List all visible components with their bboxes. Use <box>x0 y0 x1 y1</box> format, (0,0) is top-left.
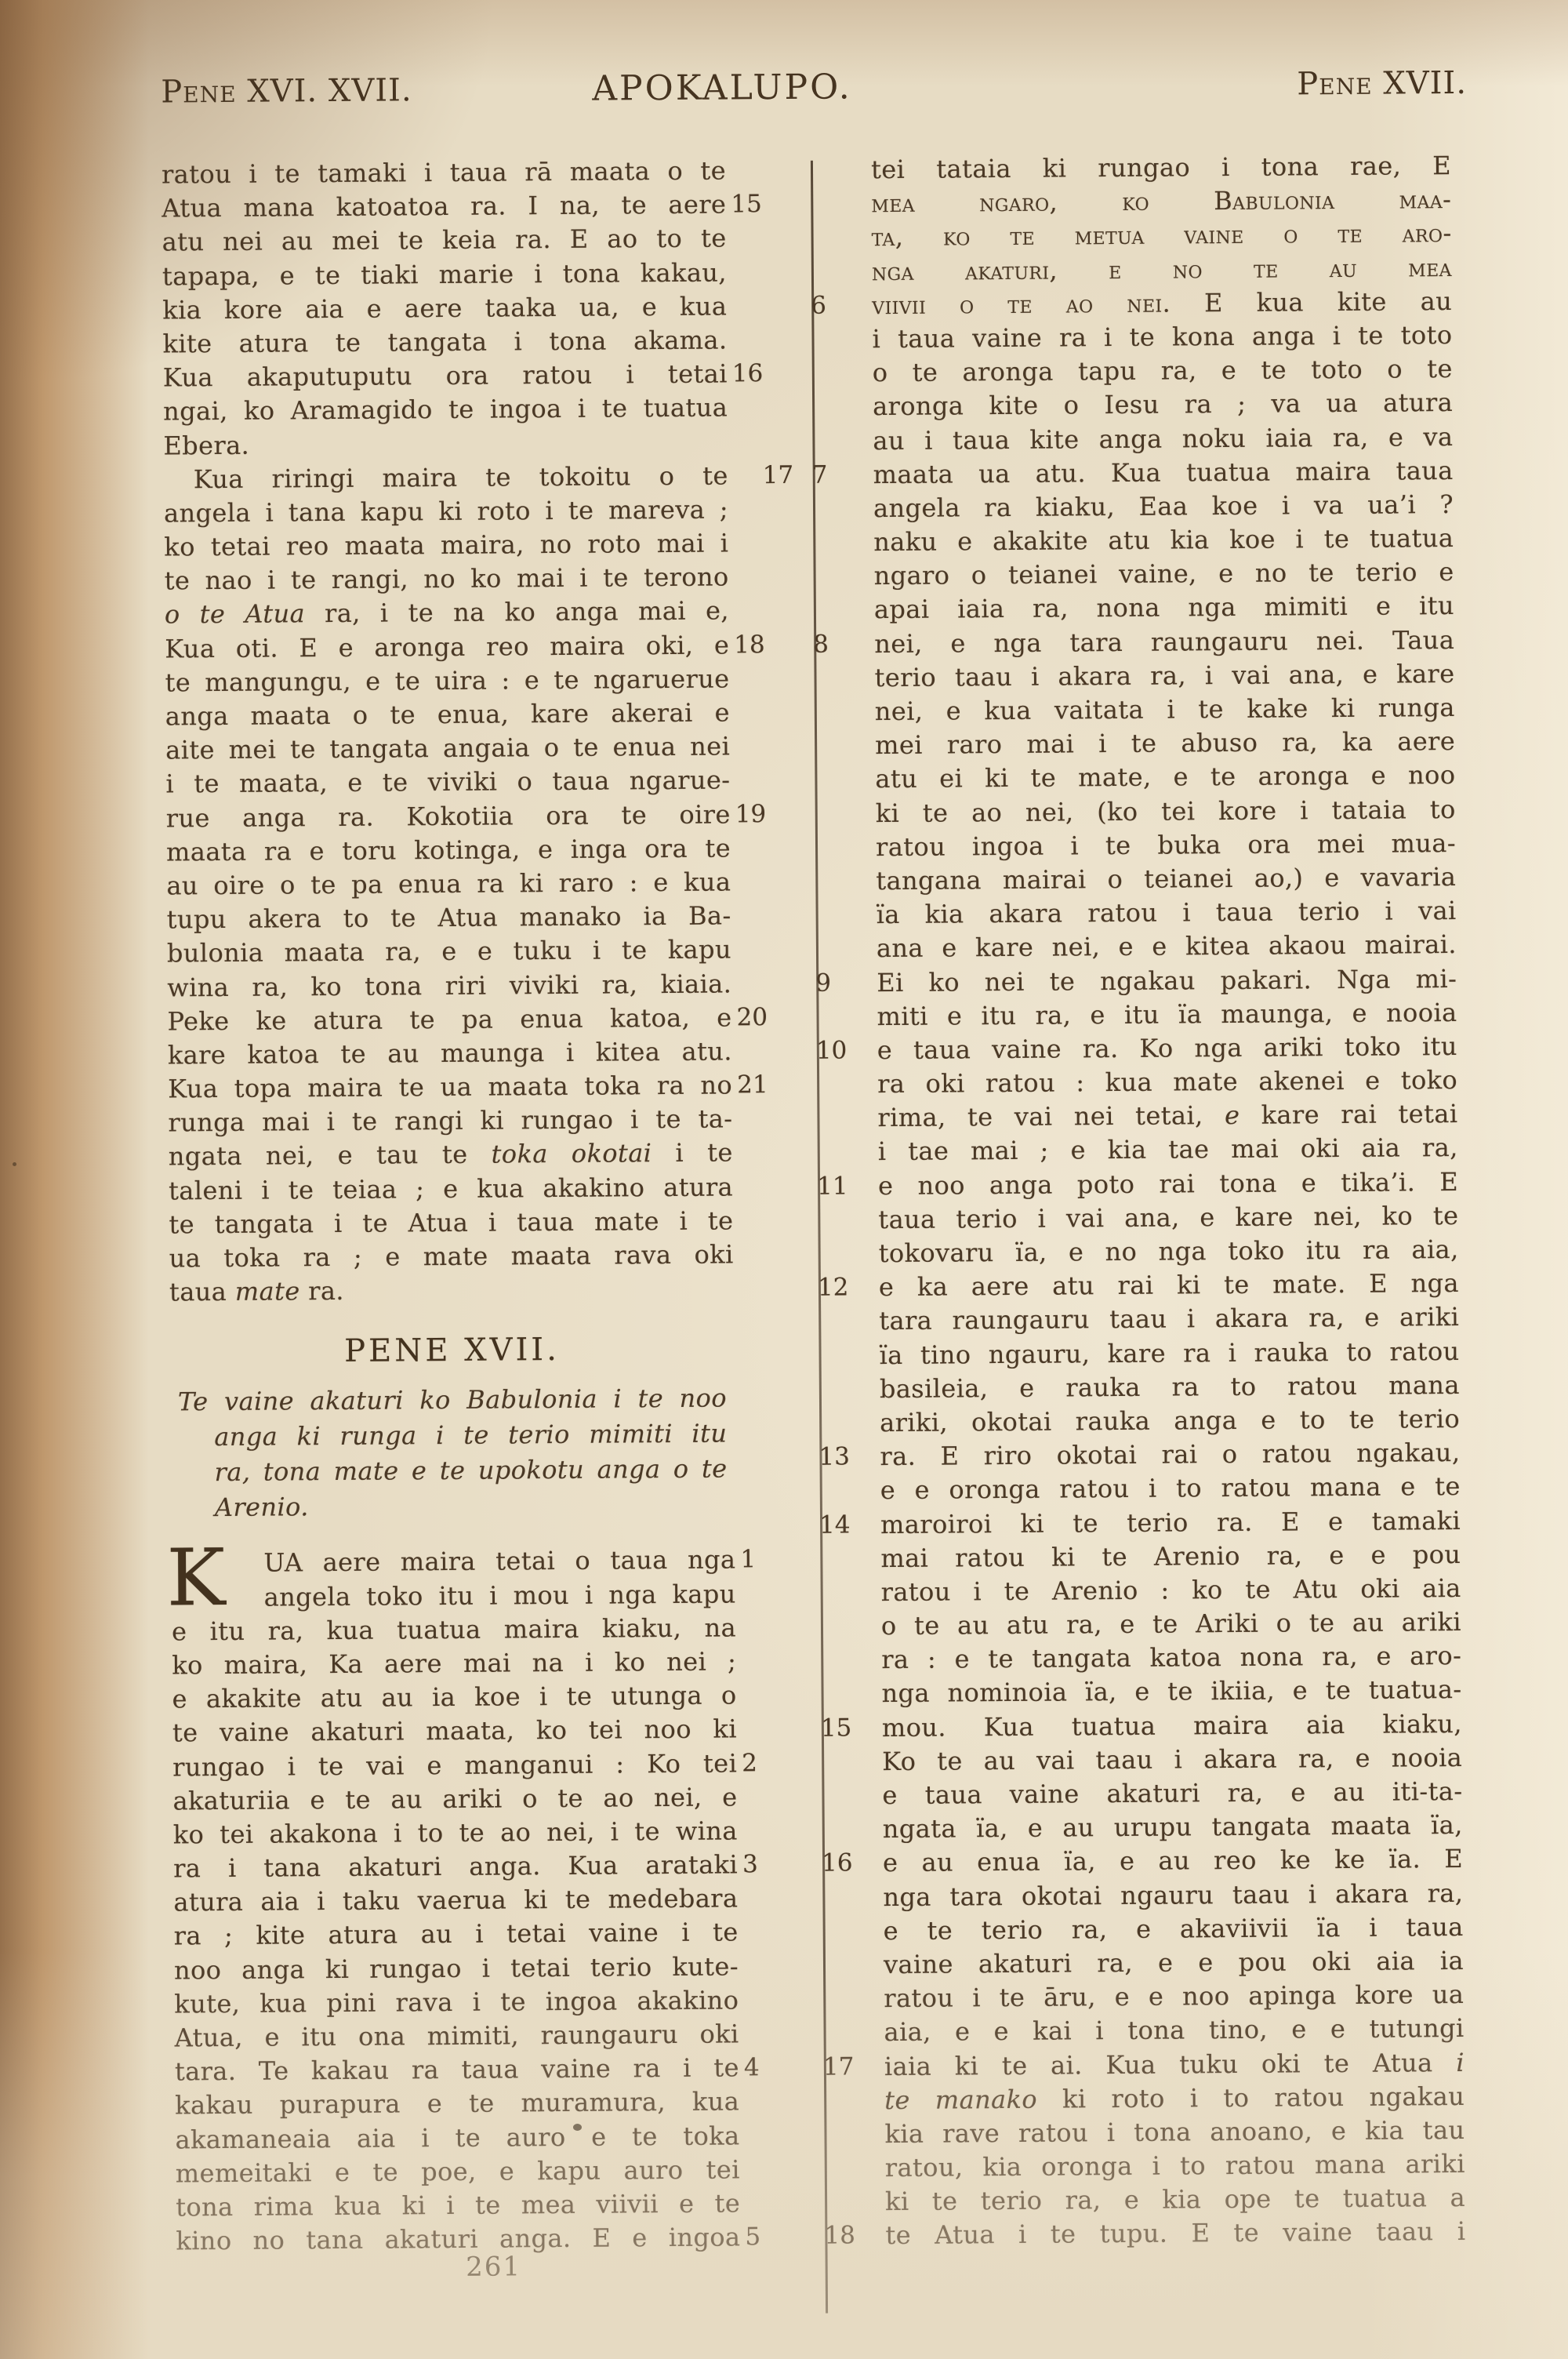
text-line: miti e itu ra, e itu ïa maunga, e nooia <box>877 996 1457 1034</box>
text-line: Atua, e itu ona mimiti, raungauru oki <box>174 2017 739 2055</box>
text-line: te vaine akaturi maata, ko tei noo ki <box>172 1713 737 1750</box>
verse-number: 16 <box>822 1847 870 1881</box>
text-line: au i taua kite anga noku iaia ra, e va <box>873 420 1453 458</box>
text-line: e akakite atu au ia koe i te utunga o <box>172 1679 736 1717</box>
line-text: mea ngaro, ko Babulonia maa- <box>871 184 1451 218</box>
line-text: nei, e kua vaitata i te kake ki runga <box>875 692 1455 726</box>
line-text: te Atua i te tupu. E te vaine taau i <box>885 2216 1465 2250</box>
text-line: e taua vaine akaturi ra, e au iti-ta- <box>882 1775 1462 1812</box>
line-text: basileia, e rauka ra to ratou mana <box>880 1370 1460 1404</box>
line-text: Kua akaputuputu ora ratou i tetai <box>163 359 728 393</box>
line-text: e ka aere atu rai ki te mate. E nga <box>879 1268 1459 1302</box>
line-text: ngata ïa, e au urupu tangata maata ïa, <box>883 1810 1463 1844</box>
ink-speck <box>573 2124 582 2131</box>
text-line: apai iaia ra, nona nga mimiti e itu <box>874 589 1454 627</box>
verse-number: 1 <box>740 1543 787 1577</box>
line-text: i te maata, e te viviki o taua ngarue- <box>165 765 730 799</box>
line-text: Ebera. <box>163 430 249 460</box>
text-line: e e oronga ratou i to ratou mana e te <box>880 1470 1461 1507</box>
line-text: ko maira, Ka aere mai na i ko nei ; <box>172 1646 736 1680</box>
text-line: runga mai i te rangi ki rungao i te ta- <box>168 1103 732 1140</box>
text-line: tei tataia ki rungao i tona rae, E <box>871 149 1451 187</box>
text-line: Ebera. <box>163 425 728 463</box>
ink-speck <box>13 1162 16 1166</box>
line-text: e itu ra, kua tuatua maira kiaku, na <box>172 1612 736 1646</box>
text-line: mei raro mai i te abuso ra, ka aere <box>875 725 1455 762</box>
line-text: angela toko itu i mou i nga kapu <box>264 1579 736 1612</box>
text-line: e noo anga poto rai tona e tika’i. E11 <box>878 1165 1458 1203</box>
line-text: UA aere maira tetai o taua nga <box>263 1545 735 1578</box>
text-line: angela ra kiaku, Eaa koe i va ua’i ? <box>873 488 1454 525</box>
line-text: Kua oti. E e aronga reo maira oki, e <box>165 630 729 663</box>
text-line: iaia ki te ai. Kua tuku oki te Atua i17 <box>884 2045 1465 2083</box>
verse-number: 20 <box>736 1001 783 1035</box>
line-text: tara. Te kakau ra taua vaine ra i te <box>175 2053 739 2087</box>
verse-number: 4 <box>744 2051 791 2085</box>
line-text: runga mai i te rangi ki rungao i te ta- <box>168 1104 732 1138</box>
line-text: ratou, kia oronga i to ratou mana ariki <box>885 2149 1465 2183</box>
line-text: nga akaturi, e no te au mea <box>872 253 1452 286</box>
text-line: o te aronga tapu ra, e te toto o te <box>873 352 1453 390</box>
verse-number: 17 <box>823 2050 872 2085</box>
text-line: maata ra e toru kotinga, e inga ora te <box>166 831 731 869</box>
text-line: ko maira, Ka aere mai na i ko nei ; <box>172 1645 736 1682</box>
text-line: bulonia maata ra, e e tuku i te kapu <box>167 933 731 971</box>
text-line: taua mate ra. <box>169 1272 734 1310</box>
line-text: e taua vaine ra. Ko nga ariki toko itu <box>877 1031 1457 1065</box>
line-text: ra oki ratou : kua mate akenei e toko <box>877 1065 1457 1099</box>
line-text: kite atura te tangata i tona akama. <box>162 325 727 358</box>
line-text: angela i tana kapu ki roto i te mareva ; <box>164 494 728 528</box>
text-line: ko tetai reo maata maira, no roto mai i <box>164 527 728 565</box>
line-text: ratou i te tamaki i taua rā maata o te <box>162 155 726 189</box>
text-line: taua terio i vai ana, e kare nei, ko te <box>878 1199 1458 1237</box>
line-text: akaturiia e te au ariki o te ao nei, e <box>172 1782 737 1816</box>
text-line: ra : e te tangata katoa nona ra, e aro- <box>881 1639 1461 1677</box>
text-line: atu ei ki te mate, e te aronga e noo <box>875 758 1455 796</box>
line-text: e noo anga poto rai tona e tika’i. E <box>878 1167 1458 1201</box>
text-line: mou. Kua tuatua maira aia kiaku,15 <box>882 1707 1462 1745</box>
line-text: memeitaki e te poe, e kapu auro tei <box>176 2154 740 2188</box>
text-line: o te Atua ra, i te na ko anga mai e, <box>165 594 729 632</box>
line-text: ratou i te āru, e e noo apinga kore ua <box>884 1979 1464 2013</box>
text-line: nga nominoia ïa, e te ikiia, e te tuatua… <box>881 1673 1461 1710</box>
text-line: Ko te au vai taau i akara ra, e nooia <box>882 1741 1462 1779</box>
line-text: atura aia i taku vaerua ki te medebara <box>173 1884 738 1917</box>
line-text: anga maata o te enua, kare akerai e <box>165 697 730 731</box>
line-text: te vaine akaturi maata, ko tei noo ki <box>172 1714 737 1748</box>
text-line: Ei ko nei te ngakau pakari. Nga mi-9 <box>877 962 1457 1000</box>
book-page: Pene XVI. XVII. APOKALUPO. Pene XVII. ra… <box>0 0 1568 2359</box>
line-text: mou. Kua tuatua maira aia kiaku, <box>882 1709 1462 1743</box>
running-head-right: Pene XVII. <box>1297 62 1532 104</box>
line-text: bulonia maata ra, e e tuku i te kapu <box>167 935 731 969</box>
page-number: 261 <box>451 2251 537 2283</box>
line-text: ratou i te Arenio : ko te Atu oki aia <box>881 1573 1461 1607</box>
line-text: ra. E riro okotai rai o ratou ngakau, <box>880 1438 1460 1471</box>
text-line: ïa kia akara ratou i taua terio i vai <box>876 894 1456 932</box>
text-line: te manako ki roto i to ratou ngakau <box>884 2080 1465 2117</box>
text-line: rima, te vai nei tetai, e kare rai tetai <box>877 1097 1457 1135</box>
text-line: angela i tana kapu ki roto i te mareva ; <box>164 493 728 530</box>
text-line: Arenio. <box>179 1487 728 1526</box>
line-text: ua toka ra ; e mate maata rava oki <box>169 1239 734 1273</box>
line-text: e au enua ïa, e au reo ke ke ïa. E <box>883 1844 1463 1877</box>
line-text: Peke ke atura te pa enua katoa, e <box>167 1002 731 1036</box>
verse-number: 13 <box>818 1440 867 1474</box>
text-line: ki te ao nei, (ko tei kore i tataia to <box>876 793 1456 831</box>
line-text: Te vaine akaturi ko Babulonia i te noo <box>178 1383 727 1417</box>
line-text: tupu akera to te Atua manako ia Ba- <box>167 901 731 935</box>
line-text: ratou ingoa i te buka ora mei mua- <box>876 828 1456 862</box>
line-text: maata ra e toru kotinga, e inga ora te <box>166 833 731 867</box>
text-line: basileia, e rauka ra to ratou mana <box>880 1369 1460 1406</box>
verse-number: 3 <box>742 1848 789 1882</box>
text-line: terio taau i akara ra, i vai ana, e kare <box>874 657 1454 695</box>
line-text: tokovaru ïa, e no nga toko itu ra aia, <box>879 1234 1459 1268</box>
text-line: aite mei te tangata angaia o te enua nei <box>165 730 730 768</box>
line-text: te nao i te rangi, no ko mai i te terono <box>165 562 729 596</box>
line-text: ariki, okotai rauka anga e to te terio <box>880 1404 1460 1438</box>
line-text: atu ei ki te mate, e te aronga e noo <box>875 760 1455 794</box>
line-text: tei tataia ki rungao i tona rae, E <box>871 151 1451 184</box>
line-text: kia rave ratou i tona anoano, e kia tau <box>884 2115 1465 2149</box>
text-line: aia, e e kai i tona tino, e e tutungi <box>884 2012 1464 2049</box>
text-line: i taua vaine ra i te kona anga i te toto <box>872 318 1452 356</box>
text-line: tupu akera to te Atua manako ia Ba- <box>167 900 731 937</box>
line-text: anga ki runga i te terio mimiti itu <box>214 1419 727 1452</box>
text-line: Atua mana katoatoa ra. I na, te aere15 <box>162 188 726 226</box>
text-line: i te maata, e te viviki o taua ngarue- <box>165 764 730 801</box>
text-line: tapapa, e te tiaki marie i tona kakau, <box>162 256 727 293</box>
text-line: maata ua atu. Kua tuatua maira taua7 <box>873 454 1454 492</box>
line-text: iaia ki te ai. Kua tuku oki te Atua i <box>884 2047 1465 2081</box>
text-line: naku e akakite atu kia koe i te tuatua <box>873 522 1454 559</box>
text-line: kare katoa te au maunga i kitea atu. <box>168 1034 732 1072</box>
text-line: nei, e nga tara raungauru nei. Taua8 <box>874 623 1454 661</box>
text-line: kakau purapura e te muramura, kua <box>175 2085 739 2123</box>
verse-number: 18 <box>734 628 781 663</box>
verse-number: 8 <box>813 627 862 662</box>
text-line: ngai, ko Aramagido te ingoa i te tuatua <box>163 391 728 429</box>
verse-number: 11 <box>817 1169 866 1204</box>
right-column: tei tataia ki rungao i tona rae, Emea ng… <box>871 149 1466 2253</box>
text-line: ra i tana akaturi anga. Kua arataki3 <box>173 1848 738 1885</box>
line-text: te manako ki roto i to ratou ngakau <box>884 2081 1465 2115</box>
text-line: Te vaine akaturi ko Babulonia i te noo <box>178 1381 727 1420</box>
verse-number: 16 <box>732 357 779 391</box>
text-line: Kua akaputuputu ora ratou i tetai16 <box>163 358 728 395</box>
text-line: Kua oti. E e aronga reo maira oki, e18 <box>165 628 729 666</box>
verse-number: 2 <box>742 1746 789 1780</box>
line-text: ra : e te tangata katoa nona ra, e aro- <box>881 1641 1461 1674</box>
line-text: i tae mai ; e kia tae mai oki aia ra, <box>878 1132 1458 1166</box>
line-text: mei raro mai i te abuso ra, ka aere <box>875 726 1455 760</box>
scanned-text-block: Pene XVI. XVII. APOKALUPO. Pene XVII. ra… <box>0 0 1568 2359</box>
line-text: miti e itu ra, e itu ïa maunga, e nooia <box>877 998 1457 1031</box>
text-line: atura aia i taku vaerua ki te medebara <box>173 1882 738 1920</box>
text-line: ngata ïa, e au urupu tangata maata ïa, <box>883 1808 1463 1846</box>
line-text: terio taau i akara ra, i vai ana, e kare <box>874 659 1454 692</box>
text-line: tara raungauru taau i akara ra, e ariki <box>879 1300 1459 1338</box>
line-text: kare katoa te au maunga i kitea atu. <box>168 1036 732 1070</box>
text-line: ariki, okotai rauka anga e to te terio <box>880 1402 1460 1440</box>
line-text: kute, kua pini rava i te ingoa akakino <box>174 1985 739 2019</box>
line-text: Atua, e itu ona mimiti, raungauru oki <box>174 2019 739 2052</box>
text-line: o te au atu ra, e te Ariki o te au ariki <box>881 1605 1461 1643</box>
line-text: naku e akakite atu kia koe i te tuatua <box>873 523 1454 557</box>
line-text: aronga kite o Iesu ra ; va ua atura <box>873 387 1453 421</box>
text-line: tangana mairai o teianei ao,) e vavaria <box>876 860 1456 898</box>
verse-number: 19 <box>735 798 782 832</box>
chapter16-verse-lines: ratou i te tamaki i taua rā maata o teAt… <box>162 154 734 1309</box>
text-line: ratou i te āru, e e noo apinga kore ua <box>884 1978 1464 2016</box>
line-text: ki te terio ra, e kia ope te tuatua a <box>885 2183 1465 2216</box>
line-text: atu nei au mei te keia ra. E ao to te <box>162 224 727 257</box>
text-line: ua toka ra ; e mate maata rava oki <box>169 1238 734 1275</box>
text-line: wina ra, ko tona riri viviki ra, kiaia. <box>167 967 731 1005</box>
text-line: ko tei akakona i to te ao nei, i te wina <box>173 1814 738 1852</box>
line-text: e akakite atu au ia koe i te utunga o <box>172 1681 736 1714</box>
text-line: noo anga ki rungao i tetai terio kute- <box>174 1950 739 1987</box>
line-text: tangana mairai o teianei ao,) e vavaria <box>876 862 1456 896</box>
text-line: tara. Te kakau ra taua vaine ra i te4 <box>175 2052 739 2089</box>
text-line: akaturiia e te au ariki o te ao nei, e <box>172 1780 737 1818</box>
line-text: angela ra kiaku, Eaa koe i va ua’i ? <box>873 489 1454 523</box>
verse-number: 9 <box>815 966 864 1001</box>
line-text: au i taua kite anga noku iaia ra, e va <box>873 422 1453 456</box>
verse-number: 7 <box>812 458 861 493</box>
line-text: e taua vaine akaturi ra, e au iti-ta- <box>882 1776 1462 1810</box>
line-text: kia kore aia e aere taaka ua, e kua <box>162 291 727 325</box>
verse-number: 12 <box>818 1270 866 1305</box>
line-text: ra i tana akaturi anga. Kua arataki <box>173 1849 738 1883</box>
text-line: ra, tona mate e te upokotu anga o te <box>178 1452 727 1491</box>
text-line: ngata nei, e tau te toka okotai i te <box>169 1136 733 1174</box>
text-line: ratou i te tamaki i taua rā maata o te <box>162 154 726 191</box>
text-line: tokovaru ïa, e no nga toko itu ra aia, <box>879 1233 1459 1270</box>
line-text: maroiroi ki te terio ra. E e tamaki <box>880 1505 1461 1539</box>
text-line: te tangata i te Atua i taua mate i te <box>169 1204 733 1241</box>
verse-number: 6 <box>811 289 859 323</box>
line-text: au oire o te pa enua ra ki raro : e kua <box>166 867 731 900</box>
line-text: Kua topa maira te ua maata toka ra no <box>168 1070 732 1104</box>
line-text: ïa kia akara ratou i taua terio i vai <box>877 896 1457 929</box>
text-line: ana e kare nei, e e kitea akaou mairai. <box>877 928 1457 965</box>
line-text: Arenio. <box>215 1492 309 1523</box>
line-text: taua terio i vai ana, e kare nei, ko te <box>878 1201 1458 1234</box>
text-line: maroiroi ki te terio ra. E e tamaki14 <box>880 1503 1461 1541</box>
verse-number: 10 <box>816 1034 865 1068</box>
text-line: UA aere maira tetai o taua nga1 <box>171 1543 735 1581</box>
line-text: Atua mana katoatoa ra. I na, te aere <box>162 190 726 224</box>
line-text: ta, ko te metua vaine o te aro- <box>871 218 1451 252</box>
text-line: vaine akaturi ra, e e pou oki aia ia <box>884 1944 1464 1982</box>
text-line: ra. E riro okotai rai o ratou ngakau,13 <box>880 1436 1460 1474</box>
line-text: Ei ko nei te ngakau pakari. Nga mi- <box>877 964 1457 998</box>
text-line: kute, kua pini rava i te ingoa akakino <box>174 1983 739 2021</box>
text-line: ïa tino ngauru, kare ra i rauka to ratou <box>879 1335 1459 1372</box>
text-line: aronga kite o Iesu ra ; va ua atura <box>873 386 1453 423</box>
text-line: e au enua ïa, e au reo ke ke ïa. E16 <box>883 1842 1463 1880</box>
text-line: e taua vaine ra. Ko nga ariki toko itu10 <box>877 1030 1457 1067</box>
right-verse-lines: tei tataia ki rungao i tona rae, Emea ng… <box>871 149 1466 2253</box>
line-text: rima, te vai nei tetai, e kare rai tetai <box>877 1099 1457 1132</box>
line-text: te mangungu, e te uira : e te ngaruerue <box>165 663 729 697</box>
line-text: i taua vaine ra i te kona anga i te toto <box>872 320 1452 354</box>
text-line: mea ngaro, ko Babulonia maa- <box>871 183 1451 220</box>
chapter-heading: PENE XVII. <box>169 1326 734 1376</box>
line-text: e te terio ra, e akaviivii ïa i taua <box>884 1912 1464 1946</box>
line-text: vaine akaturi ra, e e pou oki aia ia <box>884 1946 1464 1979</box>
line-text: kakau purapura e te muramura, kua <box>175 2087 739 2121</box>
line-text: ana e kare nei, e e kitea akaou mairai. <box>877 929 1457 963</box>
text-line: rungao i te vai e manganui : Ko tei2 <box>172 1747 737 1784</box>
verse-number: 17 <box>733 459 780 493</box>
line-text: ko tetai reo maata maira, no roto mai i <box>164 529 728 562</box>
line-text: viivii o te ao nei. E kua kite au <box>872 286 1452 320</box>
text-line: nga akaturi, e no te au mea <box>872 251 1452 289</box>
text-line: kia rave ratou i tona anoano, e kia tau <box>884 2114 1465 2151</box>
line-text: ngai, ko Aramagido te ingoa i te tuatua <box>163 393 728 427</box>
line-text: ra ; kite atura au i tetai vaine i te <box>174 1917 739 1951</box>
line-text: apai iaia ra, nona nga mimiti e itu <box>874 591 1454 624</box>
line-text: ngata nei, e tau te toka okotai i te <box>169 1138 733 1172</box>
text-line: e itu ra, kua tuatua maira kiaku, na <box>172 1611 736 1648</box>
line-text: o te aronga tapu ra, e te toto o te <box>873 354 1453 387</box>
text-line: ki te terio ra, e kia ope te tuatua a <box>885 2181 1465 2219</box>
text-line: ratou, kia oronga i to ratou mana ariki <box>885 2147 1465 2185</box>
line-text: tona rima kua ki i te mea viivii e te <box>176 2188 740 2222</box>
line-text: tapapa, e te tiaki marie i tona kakau, <box>162 257 727 291</box>
line-text: ra, tona mate e te upokotu anga o te <box>214 1454 727 1488</box>
text-line: akamaneaia aia i te auro e te toka <box>175 2119 739 2157</box>
line-text: Ko te au vai taau i akara ra, e nooia <box>882 1743 1462 1776</box>
text-line: Peke ke atura te pa enua katoa, e20 <box>167 1001 731 1038</box>
line-text: ki te ao nei, (ko tei kore i tataia to <box>876 794 1456 828</box>
text-line: ratou ingoa i te buka ora mei mua- <box>876 827 1456 864</box>
text-line: ra ; kite atura au i tetai vaine i te <box>174 1916 739 1954</box>
text-line: kia kore aia e aere taaka ua, e kua <box>162 289 727 327</box>
line-text: akamaneaia aia i te auro e te toka <box>175 2121 739 2154</box>
text-line: nei, e kua vaitata i te kake ki runga <box>875 691 1455 729</box>
line-text: mai ratou ki te Arenio ra, e e pou <box>880 1539 1461 1573</box>
text-line: nga tara okotai ngauru taau i akara ra, <box>883 1877 1463 1914</box>
text-line: Kua riringi maira te tokoitu o te17 <box>164 459 728 496</box>
text-line: rue anga ra. Kokotiia ora te oire19 <box>166 798 731 835</box>
text-line: au oire o te pa enua ra ki raro : e kua <box>166 865 731 903</box>
line-text: Kua riringi maira te tokoitu o te <box>194 460 728 494</box>
text-line: ta, ko te metua vaine o te aro- <box>871 216 1451 254</box>
text-line: e te terio ra, e akaviivii ïa i taua <box>884 1910 1464 1948</box>
line-text: maata ua atu. Kua tuatua maira taua <box>873 456 1454 489</box>
text-line: ratou i te Arenio : ko te Atu oki aia <box>881 1572 1461 1609</box>
text-line: e ka aere atu rai ki te mate. E nga12 <box>879 1267 1459 1304</box>
text-line: viivii o te ao nei. E kua kite au6 <box>872 285 1452 322</box>
text-line: angela toko itu i mou i nga kapu <box>172 1577 736 1615</box>
line-text: ko tei akakona i to te ao nei, i te wina <box>173 1816 738 1849</box>
text-line: anga ki runga i te terio mimiti itu <box>178 1416 727 1456</box>
line-text: noo anga ki rungao i tetai terio kute- <box>174 1951 739 1985</box>
text-line: te Atua i te tupu. E te vaine taau i18 <box>885 2215 1465 2252</box>
text-line: ngaro o teianei vaine, e no te terio e <box>873 555 1454 593</box>
text-line: memeitaki e te poe, e kapu auro tei <box>176 2153 740 2190</box>
verse-number: 15 <box>821 1711 869 1746</box>
verse-number: 5 <box>745 2220 792 2255</box>
line-text: ngaro o teianei vaine, e no te terio e <box>873 557 1454 591</box>
line-text: rungao i te vai e manganui : Ko tei <box>172 1748 737 1782</box>
verse-number: 18 <box>824 2219 873 2254</box>
text-line: i tae mai ; e kia tae mai oki aia ra, <box>878 1131 1458 1169</box>
text-line: te nao i te rangi, no ko mai i te terono <box>165 561 729 598</box>
line-text: taleni i te teiaa ; e kua akakino atura <box>169 1172 733 1205</box>
chapter-summary: Te vaine akaturi ko Babulonia i te nooan… <box>178 1381 728 1526</box>
line-text: nei, e nga tara raungauru nei. Taua <box>874 625 1454 659</box>
text-line: tona rima kua ki i te mea viivii e te <box>176 2186 740 2224</box>
left-column: ratou i te tamaki i taua rā maata o teAt… <box>162 154 741 2258</box>
verse-number: 14 <box>819 1508 868 1543</box>
line-text: rue anga ra. Kokotiia ora te oire <box>166 799 731 833</box>
line-text: o te au atu ra, e te Ariki o te au ariki <box>881 1607 1461 1641</box>
chapter17-verse-lines: K UA aere maira tetai o taua nga1angela … <box>171 1543 740 2259</box>
text-line: atu nei au mei te keia ra. E ao to te <box>162 222 726 260</box>
line-text: taua mate ra. <box>169 1276 344 1307</box>
text-line: anga maata o te enua, kare akerai e <box>165 696 730 733</box>
line-text: te tangata i te Atua i taua mate i te <box>169 1205 733 1239</box>
line-text: aite mei te tangata angaia o te enua nei <box>165 732 730 765</box>
line-text: e e oronga ratou i to ratou mana e te <box>880 1471 1461 1505</box>
line-text: nga tara okotai ngauru taau i akara ra, <box>883 1878 1463 1912</box>
line-text: aia, e e kai i tona tino, e e tutungi <box>884 2013 1464 2047</box>
line-text: o te Atua ra, i te na ko anga mai e, <box>165 596 729 630</box>
text-line: mai ratou ki te Arenio ra, e e pou <box>880 1538 1461 1576</box>
line-text: ïa tino ngauru, kare ra i rauka to ratou <box>879 1336 1459 1370</box>
line-text: wina ra, ko tona riri viviki ra, kiaia. <box>167 969 731 1002</box>
line-text: nga nominoia ïa, e te ikiia, e te tuatua… <box>881 1674 1461 1708</box>
text-line: ra oki ratou : kua mate akenei e toko <box>877 1063 1457 1101</box>
text-line: kite atura te tangata i tona akama. <box>162 323 727 361</box>
page-title: APOKALUPO. <box>592 66 960 109</box>
running-head-left: Pene XVI. XVII. <box>161 70 443 113</box>
verse-number: 21 <box>737 1068 784 1103</box>
text-line: Kua topa maira te ua maata toka ra no21 <box>168 1069 732 1107</box>
verse-number: 15 <box>731 187 778 222</box>
text-line: te mangungu, e te uira : e te ngaruerue <box>165 662 729 700</box>
text-line: taleni i te teiaa ; e kua akakino atura <box>169 1170 733 1208</box>
line-text: tara raungauru taau i akara ra, e ariki <box>879 1302 1459 1336</box>
